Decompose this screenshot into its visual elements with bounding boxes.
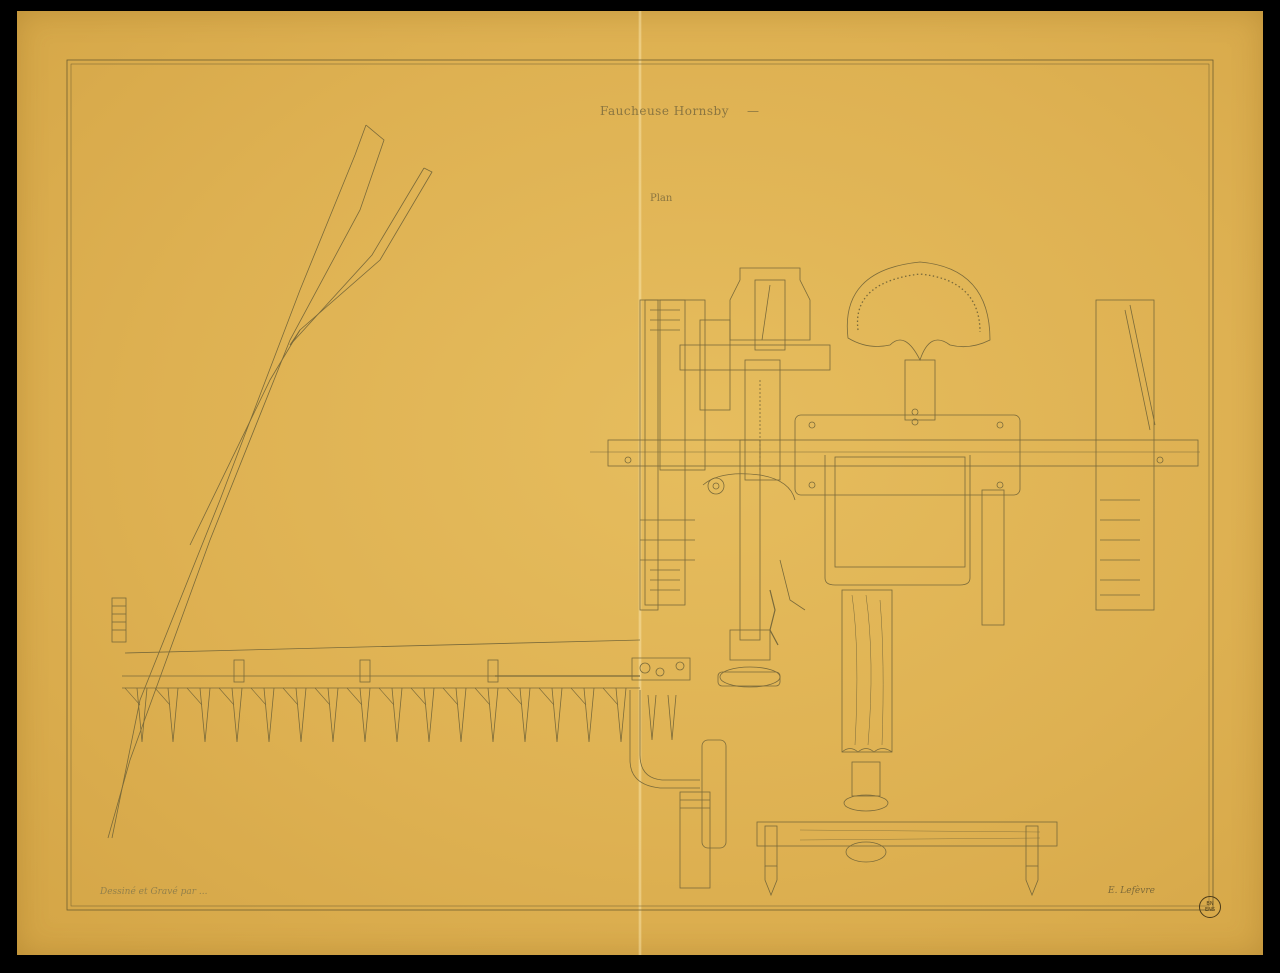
signature-left: Dessiné et Gravé par ... [100,887,207,897]
technical-drawing [0,0,1280,973]
whiffletree [757,822,1057,895]
grass-wheel [680,740,726,888]
signature-right: E. Lefèvre [1108,886,1155,896]
wooden-tongue [842,590,892,811]
library-stamp-icon: BN ENS [1199,896,1221,918]
drive-wheel-right [1096,300,1155,610]
driver-seat [847,262,990,425]
drawing-title: Faucheuse Hornsby [600,104,729,118]
gear-housing [640,268,830,687]
view-label: Plan [650,193,672,204]
stamp-line-2: ENS [1205,907,1215,913]
cutter-bar [122,640,640,688]
main-axle [590,415,1200,495]
outer-shoe [112,598,126,642]
cutter-guards [125,688,676,742]
title-dash: — [747,104,759,118]
inner-shoe [630,658,700,788]
drive-wheel-left [645,300,685,605]
frame-box [825,455,1004,625]
